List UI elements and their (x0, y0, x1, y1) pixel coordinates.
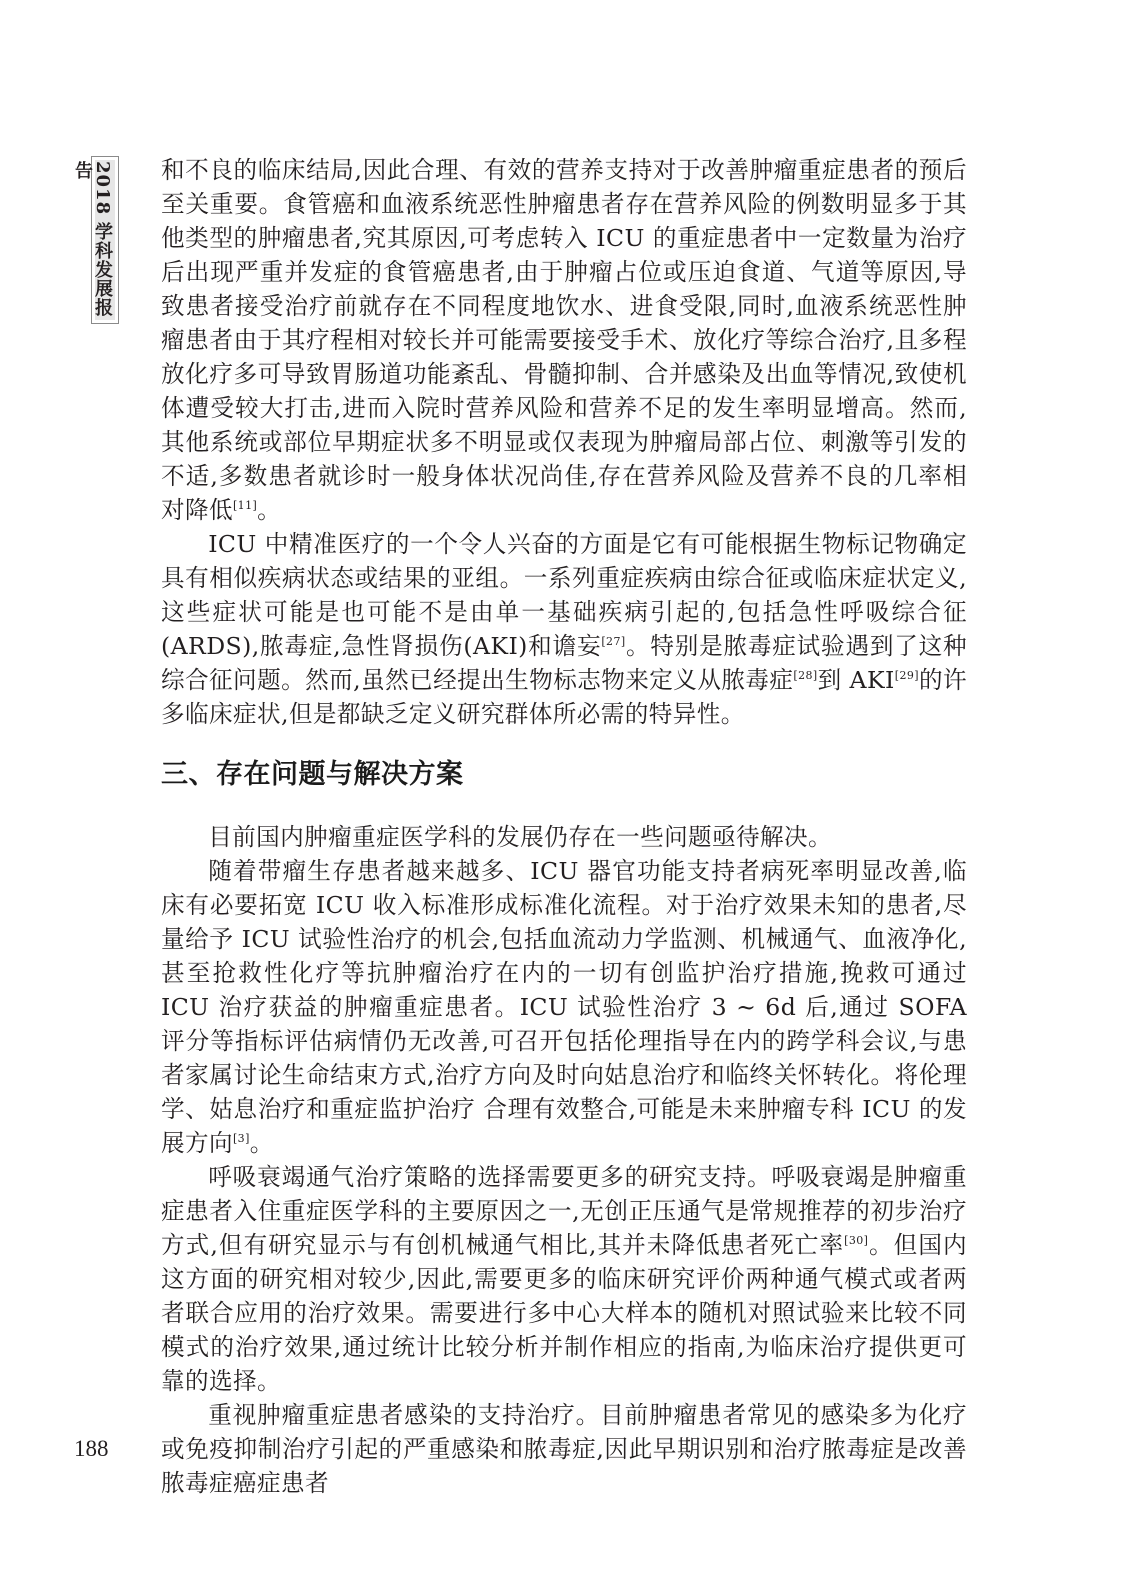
paragraph-icu-admission: 随着带瘤生存患者越来越多、ICU 器官功能支持者病死率明显改善,临床有必要拓宽 … (161, 854, 967, 1160)
citation-ref: [29] (895, 669, 919, 682)
side-tab-label: 2018 学科发展报告 (92, 161, 112, 323)
section-heading: 三、存在问题与解决方案 (161, 752, 464, 791)
page-number: 188 (74, 1436, 109, 1462)
citation-ref: [30] (844, 1234, 868, 1247)
paragraph-nutrition-risk: 和不良的临床结局,因此合理、有效的营养支持对于改善肿瘤重症患者的预后至关重要。食… (161, 153, 967, 527)
paragraph-problems-intro: 目前国内肿瘤重症医学科的发展仍存在一些问题亟待解决。 (161, 820, 967, 854)
citation-ref: [3] (233, 1132, 250, 1145)
paragraph-infection-support: 重视肿瘤重症患者感染的支持治疗。目前肿瘤患者常见的感染多为化疗或免疫抑制治疗引起… (161, 1398, 967, 1500)
running-header-side-tab: 2018 学科发展报告 (91, 156, 119, 324)
citation-ref: [28] (793, 669, 817, 682)
body-text-lower: 目前国内肿瘤重症医学科的发展仍存在一些问题亟待解决。 随着带瘤生存患者越来越多、… (161, 820, 967, 1500)
paragraph-respiratory-failure: 呼吸衰竭通气治疗策略的选择需要更多的研究支持。呼吸衰竭是肿瘤重症患者入住重症医学… (161, 1160, 967, 1398)
paragraph-precision-medicine: ICU 中精准医疗的一个令人兴奋的方面是它有可能根据生物标记物确定具有相似疾病状… (161, 527, 967, 731)
citation-ref: [27] (601, 635, 625, 648)
body-text-upper: 和不良的临床结局,因此合理、有效的营养支持对于改善肿瘤重症患者的预后至关重要。食… (161, 153, 967, 731)
citation-ref: [11] (233, 499, 257, 512)
